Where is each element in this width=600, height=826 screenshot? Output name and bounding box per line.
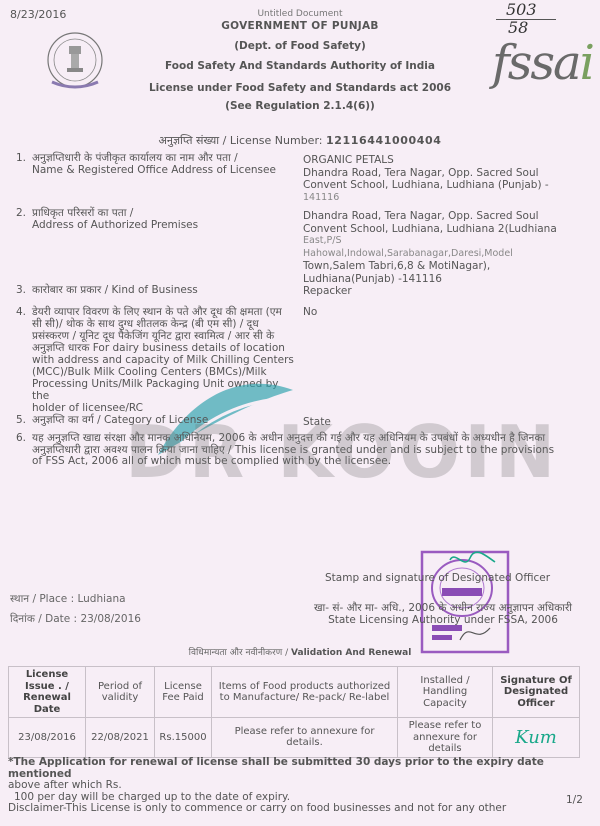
field-2-label: 2.प्राधिकृत परिसरों का पता / Address of … — [16, 207, 296, 231]
logo-main: fssa — [492, 35, 580, 91]
handwritten-number: 503 58 — [496, 0, 566, 37]
field-1-value: ORGANIC PETALS Dhandra Road, Tera Nagar,… — [303, 154, 573, 204]
col-issue-date: License Issue . / Renewal Date — [9, 667, 86, 718]
cell-validity: 22/08/2021 — [86, 718, 155, 758]
field-3-value: Repacker — [303, 285, 573, 298]
fssai-logo: fssai — [492, 35, 593, 91]
field-1-label: 1.अनुज्ञप्तिधारी के पंजीकृत कार्यालय का … — [16, 152, 296, 176]
field-3-label: 3.कारोबार का प्रकार / Kind of Business — [16, 284, 296, 296]
cell-fee: Rs.15000 — [155, 718, 212, 758]
license-number: अनुज्ञप्ति संख्या / License Number: 1211… — [0, 133, 600, 148]
state-emblem-icon — [42, 30, 108, 92]
validation-table: License Issue . / Renewal Date Period of… — [8, 666, 580, 758]
print-date: 8/23/2016 — [10, 8, 66, 21]
cell-issue-date: 23/08/2016 — [9, 718, 86, 758]
disclaimer: Disclaimer-This License is only to comme… — [8, 803, 588, 815]
field-4-value: No — [303, 306, 573, 319]
col-signature: Signature Of Designated Officer — [493, 667, 580, 718]
page-number: 1/2 — [566, 794, 583, 806]
renewal-notes: *The Application for renewal of license … — [8, 757, 588, 815]
handwritten-top: 503 — [496, 0, 566, 19]
stamp-signature-label: Stamp and signature of Designated Office… — [325, 572, 550, 584]
licensing-authority: खा- सं- और मा- अधि., 2006 के अधीन राज्य … — [303, 603, 583, 626]
field-2-value: Dhandra Road, Tera Nagar, Opp. Sacred So… — [303, 210, 573, 285]
table-header-row: License Issue . / Renewal Date Period of… — [9, 667, 580, 718]
regulation-title: (See Regulation 2.1.4(6)) — [130, 100, 470, 112]
license-number-value: 12116441000404 — [326, 134, 442, 147]
watermark-text: DR KOOIN — [125, 410, 559, 494]
col-items: Items of Food products authorized to Man… — [212, 667, 398, 718]
government-title: GOVERNMENT OF PUNJAB — [130, 20, 470, 32]
col-validity: Period of validity — [86, 667, 155, 718]
cell-signature: Kum — [493, 718, 580, 758]
col-capacity: Installed / Handling Capacity — [398, 667, 493, 718]
validation-title: विधिमान्यता और नवीनीकरण / Validation And… — [0, 645, 600, 658]
authority-title: Food Safety And Standards Authority of I… — [130, 60, 470, 72]
cell-items: Please refer to annexure for details. — [212, 718, 398, 758]
place: स्थान / Place : Ludhiana — [10, 592, 126, 606]
act-title: License under Food Safety and Standards … — [130, 82, 470, 94]
document-untitled: Untitled Document — [130, 9, 470, 19]
issue-date: दिनांक / Date : 23/08/2016 — [10, 612, 141, 626]
department-title: (Dept. of Food Safety) — [130, 40, 470, 52]
cell-capacity: Please refer to annexure for details — [398, 718, 493, 758]
license-number-label: अनुज्ञप्ति संख्या / License Number: — [158, 134, 322, 147]
logo-i: i — [580, 35, 593, 91]
col-fee: License Fee Paid — [155, 667, 212, 718]
table-row: 23/08/2016 22/08/2021 Rs.15000 Please re… — [9, 718, 580, 758]
